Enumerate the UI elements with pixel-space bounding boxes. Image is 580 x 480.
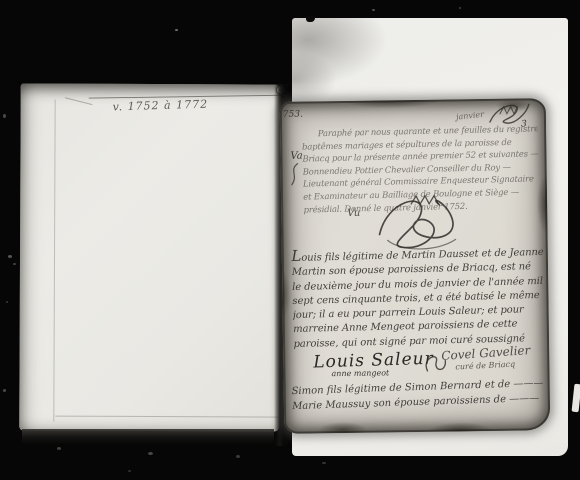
manuscript-page: 753. janvier 3 Va Paraphé par nous quara… [280,98,551,434]
fold-crease-vertical [53,100,55,422]
left-blank-page: v. 1752 à 1772 [19,83,281,431]
page-bottom-shadow [22,429,274,445]
margin-note-flourish-icon [287,162,301,188]
margin-note-va: Va [290,151,302,162]
fold-crease-horizontal [55,416,293,418]
date-range-inscription: v. 1752 à 1772 [112,98,208,114]
vu-annotation: Vu [347,208,360,219]
scanned-register-photo: v. 1752 à 1772 753. janvier 3 Va Paraphé… [0,0,580,480]
signature-cure-title: curé de Briacq [455,360,515,372]
corner-year-number: 753. [283,110,303,120]
page-edge-sliver [572,384,580,413]
signature-godmother: anne mangeot [331,368,389,378]
baptism-act-paragraph: Louis fils légitime de Martin Dausset et… [291,243,545,352]
month-annotation: janvier [456,110,485,122]
second-act-paragraph: Simon fils légitime de Simon Bernard et … [291,377,546,414]
